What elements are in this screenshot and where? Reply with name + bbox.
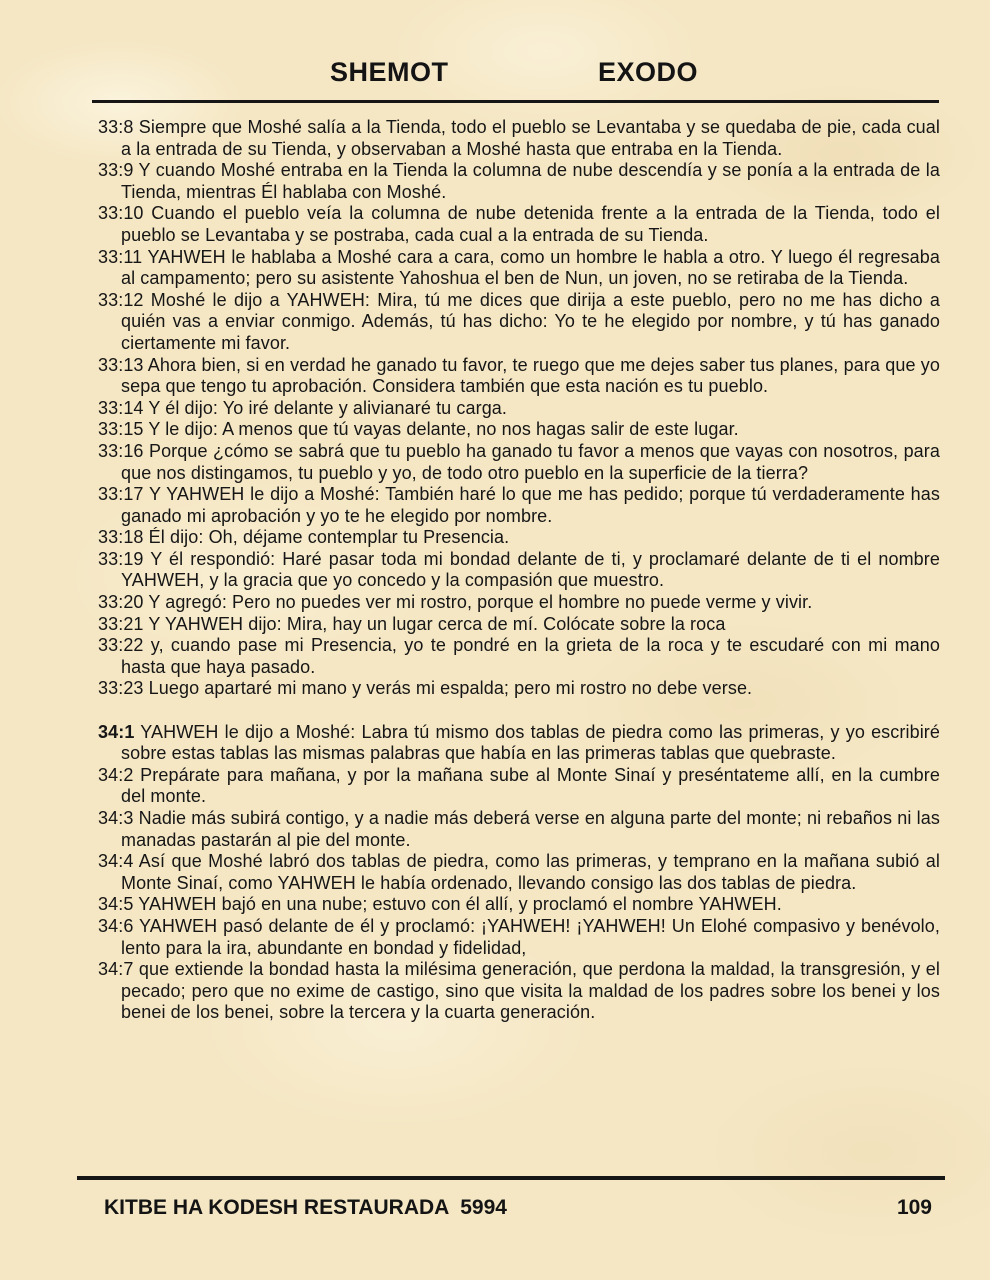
verse-number: 33:11 xyxy=(98,247,142,267)
verse-number: 33:10 xyxy=(98,203,144,223)
verse-number: 33:22 xyxy=(98,635,144,655)
verse-34-3: 34:3 Nadie más subirá contigo, y a nadie… xyxy=(98,808,940,851)
chapter-34: 34:1 YAHWEH le dijo a Moshé: Labra tú mi… xyxy=(98,722,940,1024)
verse-number: 33:8 xyxy=(98,117,133,137)
verse-33-15: 33:15 Y le dijo: A menos que tú vayas de… xyxy=(98,419,940,441)
verse-33-8: 33:8 Siempre que Moshé salía a la Tienda… xyxy=(98,117,940,160)
verse-number: 33:13 xyxy=(98,355,144,375)
verse-number: 34:1 xyxy=(98,722,134,742)
header-title-spanish: EXODO xyxy=(598,57,698,88)
verse-33-18: 33:18 Él dijo: Oh, déjame contemplar tu … xyxy=(98,527,940,549)
verse-number: 34:3 xyxy=(98,808,133,828)
verse-number: 33:15 xyxy=(98,419,144,439)
verse-34-4: 34:4 Así que Moshé labró dos tablas de p… xyxy=(98,851,940,894)
verse-33-13: 33:13 Ahora bien, si en verdad he ganado… xyxy=(98,355,940,398)
page-number: 109 xyxy=(897,1196,932,1220)
verse-number: 33:19 xyxy=(98,549,144,569)
verse-number: 34:6 xyxy=(98,916,133,936)
verse-number: 33:9 xyxy=(98,160,133,180)
verse-34-2: 34:2 Prepárate para mañana, y por la mañ… xyxy=(98,765,940,808)
verse-number: 33:16 xyxy=(98,441,144,461)
verse-33-23: 33:23 Luego apartaré mi mano y verás mi … xyxy=(98,678,940,700)
verse-33-16: 33:16 Porque ¿cómo se sabrá que tu puebl… xyxy=(98,441,940,484)
verse-34-5: 34:5 YAHWEH bajó en una nube; estuvo con… xyxy=(98,894,940,916)
verse-33-17: 33:17 Y YAHWEH le dijo a Moshé: También … xyxy=(98,484,940,527)
footer-edition-label: KITBE HA KODESH RESTAURADA 5994 xyxy=(104,1196,507,1220)
verse-number: 33:21 xyxy=(98,614,144,634)
verse-34-1: 34:1 YAHWEH le dijo a Moshé: Labra tú mi… xyxy=(98,722,940,765)
footer: KITBE HA KODESH RESTAURADA 5994 109 xyxy=(104,1196,932,1220)
verse-33-20: 33:20 Y agregó: Pero no puedes ver mi ro… xyxy=(98,592,940,614)
verse-number: 33:12 xyxy=(98,290,144,310)
verse-number: 34:2 xyxy=(98,765,133,785)
verse-number: 34:7 xyxy=(98,959,133,979)
document-page: SHEMOT EXODO 33:8 Siempre que Moshé salí… xyxy=(0,0,990,1280)
header-rule xyxy=(92,100,939,103)
verse-34-6: 34:6 YAHWEH pasó delante de él y proclam… xyxy=(98,916,940,959)
verse-33-12: 33:12 Moshé le dijo a YAHWEH: Mira, tú m… xyxy=(98,290,940,355)
verse-number: 33:23 xyxy=(98,678,144,698)
footer-rule xyxy=(77,1176,945,1180)
verse-number: 33:17 xyxy=(98,484,144,504)
verse-number: 34:4 xyxy=(98,851,133,871)
verse-33-14: 33:14 Y él dijo: Yo iré delante y alivia… xyxy=(98,398,940,420)
verse-33-21: 33:21 Y YAHWEH dijo: Mira, hay un lugar … xyxy=(98,614,940,636)
verse-text-block: 33:8 Siempre que Moshé salía a la Tienda… xyxy=(98,117,940,1024)
chapter-33: 33:8 Siempre que Moshé salía a la Tienda… xyxy=(98,117,940,700)
verse-number: 34:5 xyxy=(98,894,133,914)
verse-number: 33:18 xyxy=(98,527,144,547)
verse-33-11: 33:11 YAHWEH le hablaba a Moshé cara a c… xyxy=(98,247,940,290)
header-title-hebrew: SHEMOT xyxy=(330,57,449,88)
verse-33-9: 33:9 Y cuando Moshé entraba en la Tienda… xyxy=(98,160,940,203)
verse-34-7: 34:7 que extiende la bondad hasta la mil… xyxy=(98,959,940,1024)
verse-33-19: 33:19 Y él respondió: Haré pasar toda mi… xyxy=(98,549,940,592)
verse-number: 33:20 xyxy=(98,592,144,612)
verse-33-22: 33:22 y, cuando pase mi Presencia, yo te… xyxy=(98,635,940,678)
verse-number: 33:14 xyxy=(98,398,144,418)
verse-33-10: 33:10 Cuando el pueblo veía la columna d… xyxy=(98,203,940,246)
